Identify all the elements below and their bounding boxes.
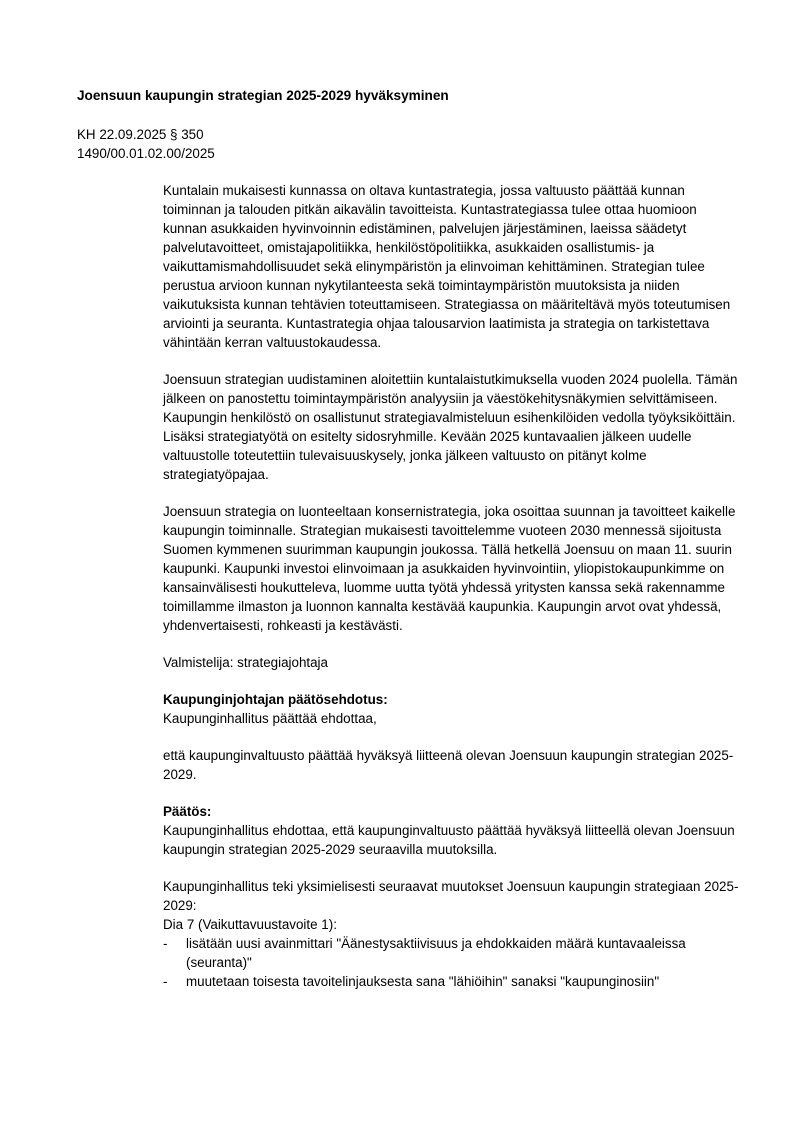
decision-heading: Päätös: [163,802,743,821]
decision-text: Kaupunginhallitus ehdottaa, että kaupung… [163,821,743,859]
proposal-section: Kaupunginjohtajan päätösehdotus: Kaupung… [163,690,743,784]
bullet-dash: - [163,972,167,991]
change-item: - lisätään uusi avainmittari "Äänestysak… [163,934,743,972]
paragraph-preparation: Joensuun strategian uudistaminen aloitet… [163,370,743,484]
change-item-text: muutetaan toisesta tavoitelinjauksesta s… [186,974,659,989]
decision-section: Päätös: Kaupunginhallitus ehdottaa, että… [163,802,743,991]
preparer-line: Valmistelija: strategiajohtaja [163,653,743,672]
meeting-reference: KH 22.09.2025 § 350 [77,125,215,144]
change-item: - muutetaan toisesta tavoitelinjauksesta… [163,972,743,991]
proposal-heading: Kaupunginjohtajan päätösehdotus: [163,690,743,709]
paragraph-strategy-content: Joensuun strategia on luonteeltaan konse… [163,502,743,635]
document-title: Joensuun kaupungin strategian 2025-2029 … [77,88,449,103]
change-item-text: lisätään uusi avainmittari "Äänestysakti… [186,936,686,970]
changes-intro: Kaupunginhallitus teki yksimielisesti se… [163,877,743,915]
record-number: 1490/00.01.02.00/2025 [77,144,215,163]
document-body: Kuntalain mukaisesti kunnassa on oltava … [163,181,743,991]
proposal-line-2: että kaupunginvaltuusto päättää hyväksyä… [163,746,743,784]
proposal-line-1: Kaupunginhallitus päättää ehdottaa, [163,709,743,728]
bullet-dash: - [163,934,167,953]
slide-reference: Dia 7 (Vaikuttavuustavoite 1): [163,915,743,934]
paragraph-legal-basis: Kuntalain mukaisesti kunnassa on oltava … [163,181,743,352]
document-meta: KH 22.09.2025 § 350 1490/00.01.02.00/202… [77,125,215,163]
